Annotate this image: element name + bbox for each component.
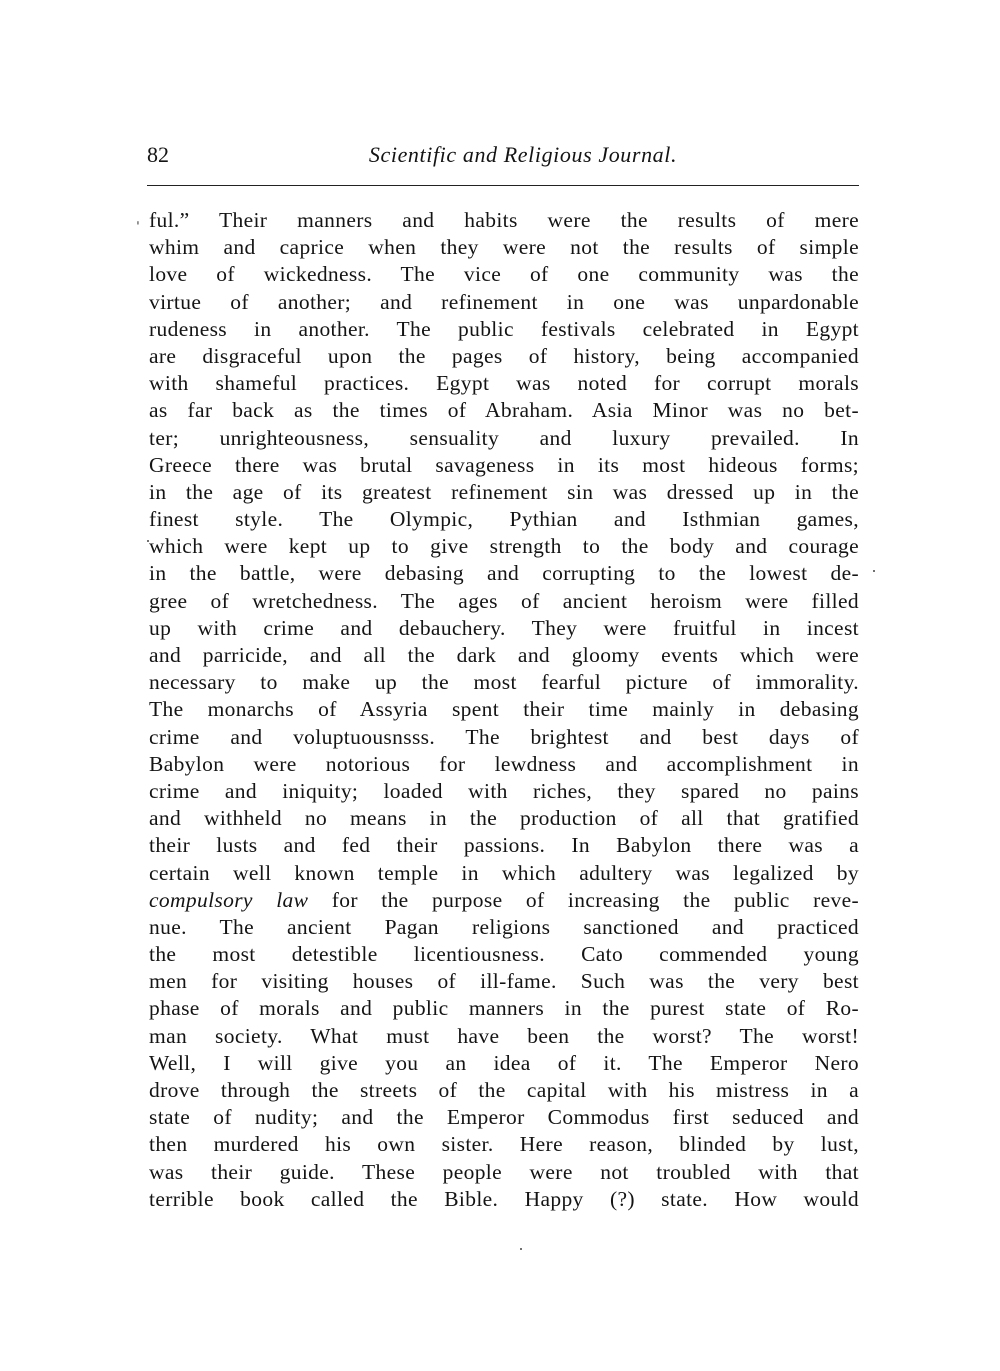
text-line: finest style. The Olympic, Pythian and I… <box>149 506 859 533</box>
text-line: whim and caprice when they were not the … <box>149 234 859 261</box>
text-line: are disgraceful upon the pages of histor… <box>149 343 859 370</box>
margin-speck: ˌ <box>136 212 140 226</box>
text-line: Well, I will give you an idea of it. The… <box>149 1050 859 1077</box>
text-line: drove through the streets of the capital… <box>149 1077 859 1104</box>
text-line: rudeness in another. The public festival… <box>149 316 859 343</box>
text-line-with-italic: compulsory law for the purpose of increa… <box>149 887 859 914</box>
margin-speck <box>520 1248 522 1250</box>
text-line: love of wickedness. The vice of one comm… <box>149 261 859 288</box>
text-line: gree of wretchedness. The ages of ancien… <box>149 588 859 615</box>
text-line: men for visiting houses of ill-fame. Suc… <box>149 968 859 995</box>
text-line: state of nudity; and the Emperor Commodu… <box>149 1104 859 1131</box>
text-line: which were kept up to give strength to t… <box>149 533 859 560</box>
text-line: man society. What must have been the wor… <box>149 1023 859 1050</box>
text-line: as far back as the times of Abraham. Asi… <box>149 397 859 424</box>
text-line: up with crime and debauchery. They were … <box>149 615 859 642</box>
text-line: and withheld no means in the production … <box>149 805 859 832</box>
text-line: in the age of its greatest refinement si… <box>149 479 859 506</box>
header-rule <box>147 185 859 186</box>
text-line: crime and voluptuousnsss. The brightest … <box>149 724 859 751</box>
document-page: 82 Scientific and Religious Journal. ˌ f… <box>0 0 1000 1371</box>
body-text: ful.” Their manners and habits were the … <box>149 207 859 1213</box>
text-line: phase of morals and public manners in th… <box>149 995 859 1022</box>
text-line: their lusts and fed their passions. In B… <box>149 832 859 859</box>
text-line: The monarchs of Assyria spent their time… <box>149 696 859 723</box>
margin-speck <box>873 570 875 572</box>
text-line: ter; unrighteousness, sensuality and lux… <box>149 425 859 452</box>
text-line: the most detestible licentiousness. Cato… <box>149 941 859 968</box>
journal-title: Scientific and Religious Journal. <box>147 142 859 168</box>
text-line: and parricide, and all the dark and gloo… <box>149 642 859 669</box>
line-remainder: for the purpose of increasing the public… <box>308 888 859 912</box>
text-line: ful.” Their manners and habits were the … <box>149 207 859 234</box>
text-line: Babylon were notorious for lewdness and … <box>149 751 859 778</box>
text-line: necessary to make up the most fearful pi… <box>149 669 859 696</box>
text-line: nue. The ancient Pagan religions sanctio… <box>149 914 859 941</box>
text-line: in the battle, were debasing and corrupt… <box>149 560 859 587</box>
text-line: virtue of another; and refinement in one… <box>149 289 859 316</box>
text-line: was their guide. These people were not t… <box>149 1159 859 1186</box>
text-line: with shameful practices. Egypt was noted… <box>149 370 859 397</box>
italic-phrase: compulsory law <box>149 888 308 912</box>
text-line: then murdered his own sister. Here reaso… <box>149 1131 859 1158</box>
text-line: certain well known temple in which adult… <box>149 860 859 887</box>
text-line: terrible book called the Bible. Happy (?… <box>149 1186 859 1213</box>
running-head: 82 Scientific and Religious Journal. <box>147 138 859 172</box>
text-line: crime and iniquity; loaded with riches, … <box>149 778 859 805</box>
text-line: Greece there was brutal savageness in it… <box>149 452 859 479</box>
